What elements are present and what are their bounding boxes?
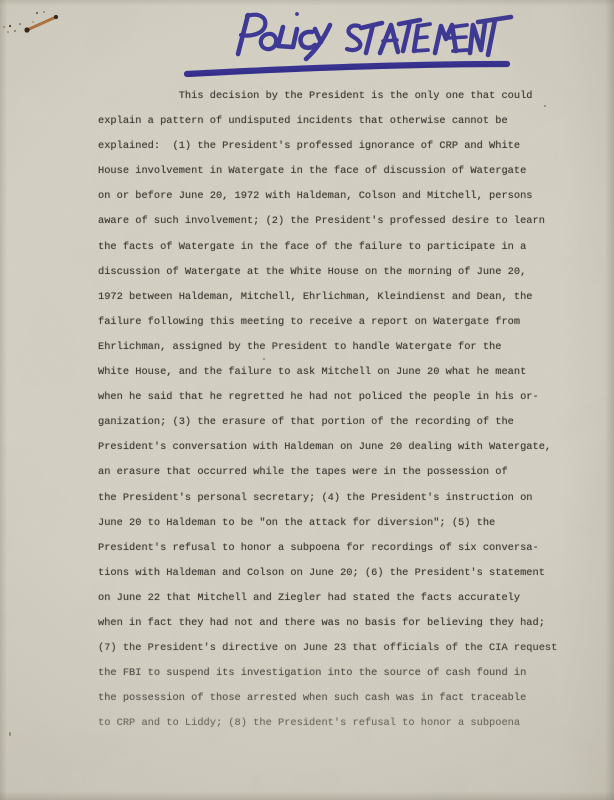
- typed-line: the facts of Watergate in the face of th…: [98, 235, 578, 260]
- handwritten-title: [0, 0, 614, 92]
- typed-line: tions with Haldeman and Colson on June 2…: [98, 561, 578, 586]
- handwritten-letters: [238, 12, 511, 59]
- typed-line: House involvement in Watergate in the fa…: [98, 159, 578, 184]
- typed-line: failure following this meeting to receiv…: [98, 310, 578, 335]
- typed-line: President's conversation with Haldeman o…: [98, 435, 578, 460]
- typed-line: This decision by the President is the on…: [98, 84, 578, 109]
- typed-line: on or before June 20, 1972 with Haldeman…: [98, 184, 578, 209]
- typewritten-text: This decision by the President is the on…: [98, 84, 578, 736]
- ink-dot: [295, 12, 299, 16]
- typed-line: June 20 to Haldeman to be "on the attack…: [98, 511, 578, 536]
- typed-line: ganization; (3) the erasure of that port…: [98, 410, 578, 435]
- typed-line: White House, and the failure to ask Mitc…: [98, 360, 578, 385]
- typed-line: Ehrlichman, assigned by the President to…: [98, 335, 578, 360]
- typed-line: President's refusal to honor a subpoena …: [98, 536, 578, 561]
- paper-speck: [9, 732, 11, 736]
- typed-line: aware of such involvement; (2) the Presi…: [98, 209, 578, 234]
- typed-line: when in fact they had not and there was …: [98, 611, 578, 636]
- typed-line: the FBI to suspend its investigation int…: [98, 661, 578, 686]
- typed-line: 1972 between Haldeman, Mitchell, Ehrlich…: [98, 285, 578, 310]
- typed-line: (7) the President's directive on June 23…: [98, 636, 578, 661]
- typed-line: an erasure that occurred while the tapes…: [98, 460, 578, 485]
- typed-line: on June 22 that Mitchell and Ziegler had…: [98, 586, 578, 611]
- document-page: This decision by the President is the on…: [0, 0, 614, 800]
- typed-line: the President's personal secretary; (4) …: [98, 486, 578, 511]
- typed-line: when he said that he regretted he had no…: [98, 385, 578, 410]
- typed-line: to CRP and to Liddy; (8) the President's…: [98, 711, 578, 736]
- typed-line: the possession of those arrested when su…: [98, 686, 578, 711]
- title-underline: [187, 64, 507, 75]
- typed-line: explained: (1) the President's professed…: [98, 134, 578, 159]
- typed-line: explain a pattern of undisputed incident…: [98, 109, 578, 134]
- typed-line: discussion of Watergate at the White Hou…: [98, 260, 578, 285]
